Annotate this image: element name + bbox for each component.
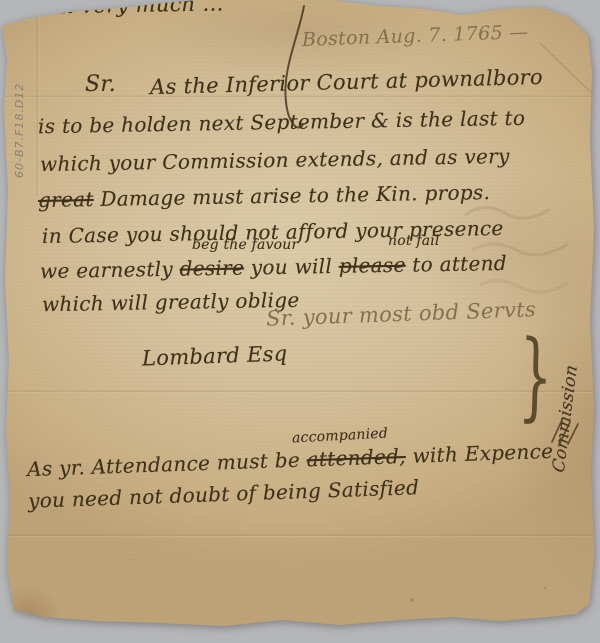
closing-line: Sr. your most obd Servts [266,297,537,330]
struck-word-please: please [339,253,406,278]
struck-word-attended: attended, [306,444,406,471]
scan-background: 60-B7.F18.D12 will very much ... Boston … [0,0,600,643]
letter-top-fragment: will very much ... [35,0,224,19]
body-line-6-mid: you will [251,254,333,279]
insertion-beg-the-favour: beg the favour [192,237,298,253]
struck-word-desire: desire [179,256,244,281]
addressee: Lombard Esq [142,341,288,370]
body-line-3: which your Commission extends, and as ve… [40,144,510,176]
salutation: Sr. [85,72,116,97]
postscript-line-2: you need not doubt of being Satisfied [28,475,420,513]
body-line-6-pre: we earnestly [40,257,173,283]
fold-crease [0,534,600,538]
manuscript-paper-wrap: 60-B7.F18.D12 will very much ... Boston … [0,0,600,643]
body-line-6-post: to attend [412,251,507,277]
postscript-line-1: As yr. Attendance must be attended, with… [27,439,554,481]
struck-word-great: great [38,187,94,212]
vertical-docket: Commission [549,311,588,474]
body-line-2: is to be holden next September & is the … [38,106,526,138]
postscript-line-1-post: with Expence [412,439,554,468]
body-line-6: we earnestly desire you will please to a… [40,251,507,283]
body-line-4: great Damage must arise to the Kin. prop… [38,180,490,212]
body-line-4-text: Damage must arise to the Kin. props. [100,180,490,211]
catalog-number: 60-B7.F18.D12 [13,48,26,178]
insertion-not-fail: not fail [388,233,440,249]
body-line-7: which will greatly oblige [42,288,300,316]
corner-fold-crease [539,42,600,108]
dateline: Boston Aug. 7. 1765 — [302,21,529,51]
fold-crease [0,390,600,394]
signature-brace: } [517,326,553,425]
ink-bleedthrough [460,190,585,310]
postscript-line-1-pre: As yr. Attendance must be [27,448,301,482]
manuscript-paper: 60-B7.F18.D12 will very much ... Boston … [0,0,600,643]
insertion-accompanied: accompanied [292,425,389,446]
body-line-1: As the Inferior Court at pownalboro [150,65,543,99]
